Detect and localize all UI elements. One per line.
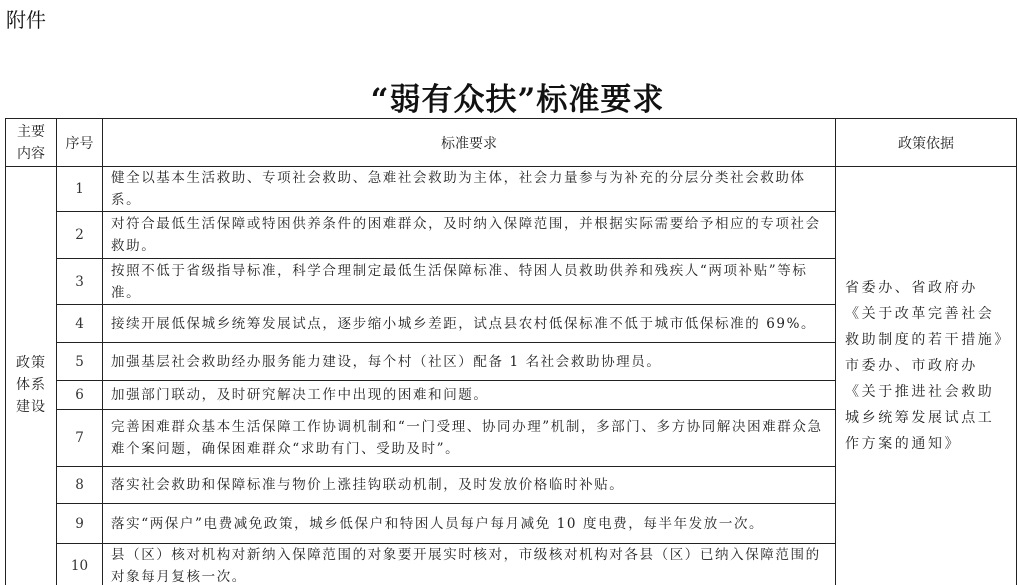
row-index: 3 <box>57 259 103 305</box>
row-requirement: 按照不低于省级指导标准，科学合理制定最低生活保障标准、特困人员救助供养和残疾人“… <box>103 259 836 305</box>
row-index: 4 <box>57 305 103 343</box>
header-main-content-line1: 主要 <box>6 121 56 143</box>
row-requirement: 接续开展低保城乡统筹发展试点，逐步缩小城乡差距，试点县农村低保标准不低于城市低保… <box>103 305 836 343</box>
row-index: 5 <box>57 343 103 381</box>
header-requirement: 标准要求 <box>103 119 836 167</box>
row-requirement: 健全以基本生活救助、专项社会救助、急难社会救助为主体，社会力量参与为补充的分层分… <box>103 167 836 212</box>
header-main-content: 主要 内容 <box>6 119 57 167</box>
row-index: 10 <box>57 544 103 585</box>
document-title: “弱有众扶”标准要求 <box>0 74 1019 119</box>
category-cell: 政策 体系 建设 <box>6 167 57 585</box>
standards-table: 主要 内容 序号 标准要求 政策依据 政策 体系 建设 1 健全以基本生活救助、… <box>5 118 1017 585</box>
category-line2: 体系 <box>6 374 56 396</box>
row-requirement: 落实“两保户”电费减免政策，城乡低保户和特困人员每户每月减免 10 度电费，每半… <box>103 504 836 544</box>
category-line3: 建设 <box>6 396 56 418</box>
policy-basis-cell: 省委办、省政府办《关于改革完善社会救助制度的若干措施》市委办、市政府办《关于推进… <box>836 167 1017 585</box>
category-line1: 政策 <box>6 352 56 374</box>
row-requirement: 加强基层社会救助经办服务能力建设，每个村（社区）配备 1 名社会救助协理员。 <box>103 343 836 381</box>
row-requirement: 对符合最低生活保障或特困供养条件的困难群众，及时纳入保障范围，并根据实际需要给予… <box>103 212 836 259</box>
header-main-content-line2: 内容 <box>6 143 56 165</box>
attachment-label: 附件 <box>6 4 46 33</box>
row-requirement: 完善困难群众基本生活保障工作协调机制和“一门受理、协同办理”机制，多部门、多方协… <box>103 410 836 467</box>
header-basis: 政策依据 <box>836 119 1017 167</box>
row-requirement: 县（区）核对机构对新纳入保障范围的对象要开展实时核对，市级核对机构对各县（区）已… <box>103 544 836 585</box>
row-requirement: 加强部门联动，及时研究解决工作中出现的困难和问题。 <box>103 381 836 410</box>
table-header-row: 主要 内容 序号 标准要求 政策依据 <box>6 119 1017 167</box>
row-index: 6 <box>57 381 103 410</box>
table-row: 政策 体系 建设 1 健全以基本生活救助、专项社会救助、急难社会救助为主体，社会… <box>6 167 1017 212</box>
row-index: 9 <box>57 504 103 544</box>
row-index: 7 <box>57 410 103 467</box>
row-index: 2 <box>57 212 103 259</box>
row-index: 8 <box>57 467 103 504</box>
row-index: 1 <box>57 167 103 212</box>
row-requirement: 落实社会救助和保障标准与物价上涨挂钩联动机制，及时发放价格临时补贴。 <box>103 467 836 504</box>
header-index: 序号 <box>57 119 103 167</box>
